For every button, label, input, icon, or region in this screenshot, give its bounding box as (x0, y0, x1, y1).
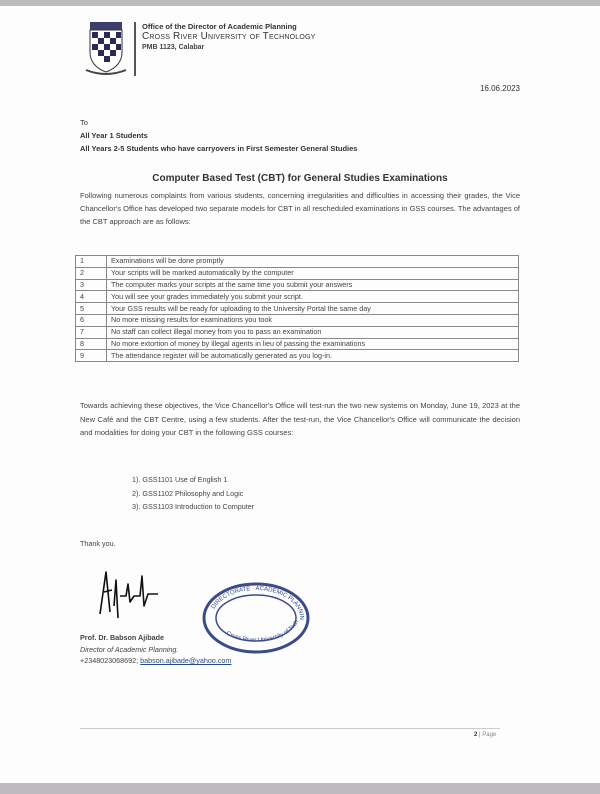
document-title: Computer Based Test (CBT) for General St… (0, 173, 600, 184)
advantage-number: 8 (76, 338, 107, 350)
table-row: 9The attendance register will be automat… (76, 350, 519, 362)
recipient-line: All Year 1 Students (80, 129, 357, 142)
office-name: Office of the Director of Academic Plann… (142, 22, 316, 31)
advantage-text: The computer marks your scripts at the s… (107, 279, 519, 291)
signer-email-link[interactable]: babson.ajibade@yahoo.com (140, 656, 231, 665)
closing-text: Thank you. (80, 539, 116, 548)
recipient-line: All Years 2-5 Students who have carryove… (80, 142, 357, 155)
advantage-text: Your GSS results will be ready for uploa… (107, 303, 519, 315)
course-item: 3). GSS1103 Introduction to Computer (132, 500, 254, 514)
course-list: 1). GSS1101 Use of English 1 2). GSS1102… (132, 473, 254, 514)
intro-paragraph: Following numerous complaints from vario… (80, 189, 520, 228)
signer-phone: +2348023068692; (80, 656, 138, 665)
signer-role: Director of Academic Planning. (80, 644, 231, 656)
document-page: Office of the Director of Academic Plann… (0, 6, 600, 783)
letter-date: 16.06.2023 (480, 84, 520, 93)
signer-block: Prof. Dr. Babson Ajibade Director of Aca… (80, 632, 231, 667)
advantage-text: No more extortion of money by illegal ag… (107, 338, 519, 350)
table-row: 5Your GSS results will be ready for uplo… (76, 303, 519, 315)
footer-divider (80, 728, 500, 729)
advantage-number: 9 (76, 350, 107, 362)
signer-name: Prof. Dr. Babson Ajibade (80, 632, 231, 644)
university-name: Cross River University of Technology (142, 31, 316, 44)
advantage-number: 1 (76, 256, 107, 268)
svg-text:Cross River University of Tech: Cross River University of Tech (225, 619, 300, 643)
table-row: 2Your scripts will be marked automatical… (76, 267, 519, 279)
advantage-text: Your scripts will be marked automaticall… (107, 267, 519, 279)
page-number-value: 2 (474, 732, 477, 738)
advantage-number: 2 (76, 267, 107, 279)
table-row: 6No more missing results for examination… (76, 314, 519, 326)
advantage-number: 7 (76, 326, 107, 338)
page-label: | Page (479, 732, 496, 738)
table-row: 4You will see your grades immediately yo… (76, 291, 519, 303)
table-row: 8No more extortion of money by illegal a… (76, 338, 519, 350)
advantage-text: The attendance register will be automati… (107, 350, 519, 362)
test-run-paragraph: Towards achieving these objectives, the … (80, 399, 520, 440)
signature-icon (96, 566, 166, 622)
page-number: 2 | Page (474, 732, 496, 738)
advantage-number: 6 (76, 314, 107, 326)
table-row: 1Examinations will be done promptly (76, 256, 519, 268)
course-item: 2). GSS1102 Philosophy and Logic (132, 487, 254, 501)
advantage-text: No staff can collect illegal money from … (107, 326, 519, 338)
advantage-number: 3 (76, 279, 107, 291)
advantage-number: 4 (76, 291, 107, 303)
advantage-number: 5 (76, 303, 107, 315)
course-item: 1). GSS1101 Use of English 1 (132, 473, 254, 487)
recipients: To All Year 1 Students All Years 2-5 Stu… (80, 116, 357, 155)
university-address: PMB 1123, Calabar (142, 44, 316, 53)
advantage-text: You will see your grades immediately you… (107, 291, 519, 303)
letterhead: Office of the Director of Academic Plann… (84, 20, 316, 78)
letterhead-divider (134, 22, 136, 76)
table-row: 3The computer marks your scripts at the … (76, 279, 519, 291)
advantage-text: No more missing results for examinations… (107, 314, 519, 326)
university-crest-icon (84, 20, 128, 78)
table-row: 7No staff can collect illegal money from… (76, 326, 519, 338)
advantages-table: 1Examinations will be done promptly2Your… (75, 255, 519, 362)
to-label: To (80, 116, 357, 129)
advantage-text: Examinations will be done promptly (107, 256, 519, 268)
